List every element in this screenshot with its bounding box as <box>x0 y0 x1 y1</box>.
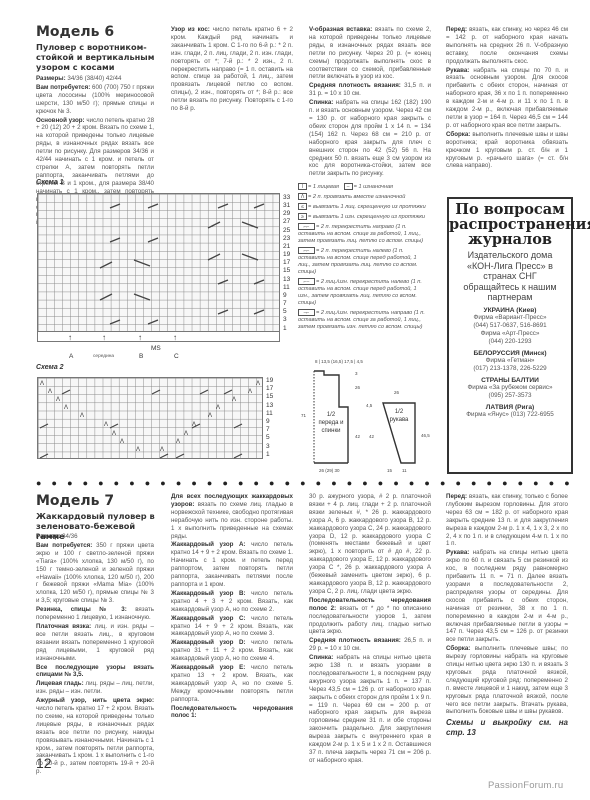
label: Узор из кос: <box>171 26 210 33</box>
watermark: PassionForum.ru <box>488 780 563 791</box>
row-number: 11 <box>266 410 273 418</box>
svg-text:Λ: Λ <box>160 447 164 453</box>
legend-item: ⌐–= 2 лиц./изн. перекрестить налево (1 п… <box>298 278 430 307</box>
knit-symbol-icon: I <box>298 183 307 190</box>
label: Жаккардовый узор С: <box>171 615 246 622</box>
svg-text:Λ: Λ <box>136 447 140 453</box>
distribution-info-box: По вопросам распространения журналов Изд… <box>447 197 573 474</box>
arrow-up-icon: ↑ <box>102 333 106 342</box>
svg-text:Λ: Λ <box>120 439 124 445</box>
label: Спинка: <box>309 99 333 106</box>
label: Рукава: <box>446 549 469 556</box>
row-number: 23 <box>283 235 290 243</box>
legend-item: ⌐⌐= 2 п. перекрестить налево (1 п. остав… <box>298 247 430 276</box>
pattern-diagram: 8 | 13,5 (16,5) 17,5 | 4,5 3 26 42 42 71… <box>297 356 432 476</box>
model7-title: Модель 7 <box>36 493 114 509</box>
arrow-up-icon: ↑ <box>68 333 72 342</box>
partner-phone: (095) 257-3573 <box>449 392 571 400</box>
label: Размеры: <box>36 75 66 82</box>
svg-text:26: 26 <box>394 390 400 395</box>
value: 30 р. ажурного узора, # 2 р. платочной в… <box>309 493 431 595</box>
row-number: 29 <box>283 210 290 218</box>
row-number: 3 <box>283 316 290 324</box>
cable-crossings <box>38 194 281 333</box>
label: Рукава: <box>446 67 469 74</box>
label: Жаккардовый узор D: <box>171 639 246 646</box>
partner-line: Фирма «Вариант-Пресс» <box>449 314 571 322</box>
partner-phone: (017) 213-1378, 226-5229 <box>449 365 571 373</box>
row-number: 3 <box>266 443 273 451</box>
label: Перед: <box>446 493 467 500</box>
svg-text:1/2: 1/2 <box>395 409 404 415</box>
label: Ажурный узор, нить цвета экрю: <box>36 697 154 704</box>
svg-text:26: 26 <box>355 385 361 390</box>
twisted-purl-symbol-icon: ≥ <box>298 213 307 220</box>
value: число петель кратно 17 + 2 кром. Вязать … <box>36 705 154 775</box>
svg-text:Λ: Λ <box>208 413 212 419</box>
schema1-footer-strip <box>37 332 280 342</box>
label: Размер: <box>36 533 60 540</box>
page-number: 12 <box>36 755 52 771</box>
marker-b: B <box>139 353 143 360</box>
svg-text:спинки: спинки <box>322 428 341 434</box>
label: Средняя плотность вязания: <box>309 82 401 89</box>
row-number: 1 <box>283 325 290 333</box>
svg-text:Λ: Λ <box>56 397 60 403</box>
svg-text:Λ: Λ <box>40 381 44 387</box>
dim-top: 8 | 13,5 (16,5) 17,5 | 4,5 <box>315 359 363 364</box>
row-number: 7 <box>266 426 273 434</box>
svg-text:42: 42 <box>355 434 361 439</box>
svg-text:рукава: рукава <box>390 417 409 423</box>
partner-line: Фирма «Гетман» <box>449 357 571 365</box>
row-number: 5 <box>283 308 290 316</box>
svg-text:Λ: Λ <box>104 422 108 428</box>
purl-symbol-icon: – <box>344 183 353 190</box>
svg-text:15: 15 <box>387 468 393 473</box>
row-number: 7 <box>283 300 290 308</box>
svg-text:Λ: Λ <box>256 381 260 387</box>
row-number: 17 <box>266 385 273 393</box>
label: Жаккардовый узор В: <box>171 590 246 597</box>
legend-text: = вывязать 1 изн. скрещенную из протяжки <box>308 214 425 220</box>
svg-text:3: 3 <box>355 371 358 376</box>
legend-text: = 2 п. перекрестить налево (1 п. оставит… <box>298 248 418 275</box>
legend-item: Λ= 2 п. провязать вместе изнаночной <box>298 193 430 201</box>
right-cross-symbol-icon: ⌐⌐ <box>298 223 315 230</box>
right-cross-purl-symbol-icon: –⌐ <box>298 309 315 316</box>
value: набрать на спицы по 70 п. и вязать основ… <box>446 67 568 129</box>
partner-phone: (044) 220-1293 <box>449 338 571 346</box>
schema1-title: Схема 1 <box>36 179 64 186</box>
model6-subtitle: Пуловер с воротником-стойкой и вертикаль… <box>36 42 156 72</box>
symbol-legend: I= 1 лицевая –= 1 изнаночная Λ= 2 п. про… <box>298 183 430 331</box>
twisted-knit-symbol-icon: ≤ <box>298 203 307 210</box>
label: Все последующие узоры вязать спицами № 3… <box>36 664 154 679</box>
svg-text:Λ: Λ <box>192 422 196 428</box>
legend-text: = 2 лиц./изн. перекрестить направо (1 п.… <box>298 310 425 330</box>
row-number: 31 <box>283 202 290 210</box>
legend-item: ≥= вывязать 1 изн. скрещенную из протяжк… <box>298 213 430 221</box>
row-number: 27 <box>283 218 290 226</box>
value: число петель кратно 6 + 2 кром. Каждый р… <box>171 26 293 112</box>
svg-text:1/2: 1/2 <box>327 412 336 418</box>
see-also-reference: Схемы и выкройку см. на стр. 13 <box>446 718 568 738</box>
svg-text:26 (29) 30: 26 (29) 30 <box>319 468 340 473</box>
model7-column-3: 30 р. ажурного узора, # 2 р. платочной в… <box>309 493 431 766</box>
dotted-divider: ● ● ● ● ● ● ● ● ● ● ● ● ● ● ● ● ● ● ● ● … <box>36 478 576 488</box>
partner-line: Фирма «Арт-Пресс» <box>449 330 571 338</box>
value: 34/36 <box>62 533 77 540</box>
label: V-образная вставка: <box>309 26 372 33</box>
row-number: 1 <box>266 451 273 459</box>
svg-text:Λ: Λ <box>64 405 68 411</box>
label: Перед: <box>446 26 467 33</box>
legend-item: I= 1 лицевая –= 1 изнаночная <box>298 183 430 191</box>
model7-column-4: Перед: вязать, как спинку, только с боле… <box>446 493 568 739</box>
value: 350 г пряжи цвета экрю и 100 г светло-зе… <box>36 542 154 604</box>
svg-text:Λ: Λ <box>232 397 236 403</box>
svg-text:Λ: Λ <box>112 431 116 437</box>
partner-line: Фирма «За рубежом сервис» <box>449 384 571 392</box>
region-name: СТРАНЫ БАЛТИИ <box>449 377 571 384</box>
model6-title: Модель 6 <box>36 24 114 40</box>
v-insert-symbols: ΛΛ ΛΛ ΛΛ ΛΛ ΛΛ ΛΛ ΛΛ ΛΛ ΛΛ <box>38 378 264 460</box>
svg-text:11: 11 <box>402 468 407 473</box>
row-number: 19 <box>266 377 273 385</box>
svg-text:Λ: Λ <box>248 389 252 395</box>
svg-text:Λ: Λ <box>80 413 84 419</box>
label: Вам потребуется: <box>36 84 90 91</box>
schema2-chart: ΛΛ ΛΛ ΛΛ ΛΛ ΛΛ ΛΛ ΛΛ ΛΛ ΛΛ <box>37 377 263 459</box>
label: Резинка, спицы № 3: <box>36 606 127 613</box>
legend-item: ≤= вывязать 1 лиц. скрещенную из протяжк… <box>298 203 430 211</box>
model6-column-4: Перед: вязать, как спинку, но через 46 с… <box>446 26 568 171</box>
marker-middle: середина <box>93 354 114 359</box>
value: вязать, как спинку, только с более глубо… <box>446 493 568 547</box>
label: Средняя плотность вязания: <box>309 637 401 644</box>
label: Платочная вязка: <box>36 623 91 630</box>
row-number: 25 <box>283 227 290 235</box>
box-subheading: Издательского дома «КОН-Лига Пресс» в ст… <box>449 250 571 303</box>
svg-text:71: 71 <box>301 413 307 418</box>
schema1-row-numbers: 33 31 29 27 25 23 21 19 17 15 13 11 9 7 … <box>283 194 290 333</box>
label: Сборка: <box>446 645 470 652</box>
svg-text:переда и: переда и <box>319 420 344 426</box>
value: число петель кратно 14 + 9 + 2 кром. Вяз… <box>171 541 293 588</box>
arrow-up-icon: ↑ <box>173 333 177 342</box>
legend-text: = 1 лицевая <box>308 184 339 190</box>
box-heading: По вопросам распространения журналов <box>449 202 571 247</box>
row-number: 11 <box>283 284 290 292</box>
legend-item: –⌐= 2 лиц./изн. перекрестить направо (1 … <box>298 309 430 331</box>
arrow-up-icon: ↑ <box>138 333 142 342</box>
model6-column-3: V-образная вставка: вязать по схеме 2, н… <box>309 26 431 179</box>
row-number: 13 <box>266 402 273 410</box>
region-name: УКРАИНА (Киев) <box>449 307 571 314</box>
label: Вам потребуется: <box>36 542 92 549</box>
svg-text:Λ: Λ <box>48 389 52 395</box>
label: Лицевая гладь: <box>36 680 84 687</box>
legend-text: = 2 п. провязать вместе изнаночной <box>308 194 405 200</box>
marker-c: C <box>174 353 179 360</box>
svg-text:Λ: Λ <box>176 439 180 445</box>
model6-column-2: Узор из кос: число петель кратно 6 + 2 к… <box>171 26 293 114</box>
row-number: 9 <box>266 418 273 426</box>
legend-item: ⌐⌐= 2 п. перекрестить направо (1 п. оста… <box>298 223 430 245</box>
label: Последовательность чередования полос 1: <box>171 705 293 720</box>
svg-text:4,5: 4,5 <box>366 403 373 408</box>
k2tog-symbol-icon: Λ <box>298 193 307 200</box>
region-name: БЕЛОРУССИЯ (Минск) <box>449 350 571 357</box>
svg-text:46,5: 46,5 <box>421 433 430 438</box>
svg-text:Λ: Λ <box>216 405 220 411</box>
marker-a: A <box>69 353 73 360</box>
partner-phone: (044) 517-0637, 516-8691 <box>449 322 571 330</box>
row-number: 15 <box>266 393 273 401</box>
row-number: 5 <box>266 434 273 442</box>
label: Основной узор: <box>36 117 85 124</box>
schema2-title: Схема 2 <box>36 364 64 371</box>
label: Сборка: <box>446 131 470 138</box>
value: выполнить плечевые швы; по вырезу горлов… <box>446 645 568 715</box>
value: набрать на спицы нитью цвета экрю 138 п.… <box>309 654 431 764</box>
model7-column-1: Размер: 34/36 Вам потребуется: 350 г пря… <box>36 533 154 777</box>
value: набрать на спицы нитью цвета экрю по 60 … <box>446 549 568 643</box>
row-number: 15 <box>283 267 290 275</box>
value: 34/36 (38/40) 42/44 <box>67 75 121 82</box>
schema2-row-numbers: 19 17 15 13 11 9 7 5 3 1 <box>266 377 273 459</box>
marker-ms: MS <box>151 345 161 352</box>
legend-text: = 1 изнаночная <box>354 184 393 190</box>
svg-text:42: 42 <box>369 434 375 439</box>
row-number: 17 <box>283 259 290 267</box>
row-number: 33 <box>283 194 290 202</box>
row-number: 9 <box>283 292 290 300</box>
row-number: 21 <box>283 243 290 251</box>
row-number: 19 <box>283 251 290 259</box>
svg-text:Λ: Λ <box>184 431 188 437</box>
partner-line: Фирма «Янус» (013) 722-6955 <box>449 411 571 419</box>
value: набрать на спицы 162 (182) 190 п. и вяза… <box>309 99 431 177</box>
region-name: ЛАТВИЯ (Рига) <box>449 404 571 411</box>
value: вязать по схеме 2, на которой приведены … <box>309 26 431 80</box>
legend-text: = 2 лиц./изн. перекрестить налево (1 п. … <box>298 279 422 306</box>
label: Жаккардовый узор E: <box>171 664 245 671</box>
model7-column-2: Для всех последующих жаккардовых узоров:… <box>171 493 293 721</box>
garment-pattern-drawing: 8 | 13,5 (16,5) 17,5 | 4,5 3 26 42 42 71… <box>297 356 432 476</box>
legend-text: = вывязать 1 лиц. скрещенную из протяжки <box>308 204 426 210</box>
label: Жаккардовый узор А: <box>171 541 246 548</box>
left-cross-purl-symbol-icon: ⌐– <box>298 278 315 285</box>
row-number: 13 <box>283 276 290 284</box>
legend-text: = 2 п. перекрестить направо (1 п. остави… <box>298 224 423 244</box>
label: Спинка: <box>309 654 333 661</box>
left-cross-symbol-icon: ⌐⌐ <box>298 247 315 254</box>
schema1-chart <box>37 193 280 332</box>
